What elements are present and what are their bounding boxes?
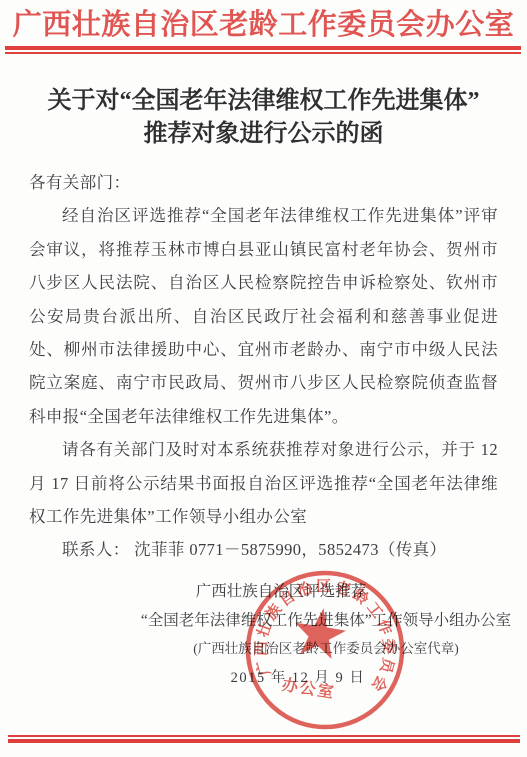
footer-divider [8,735,520,743]
contact-line: 联系人： 沈菲菲 0771－5875990，5852473（传真） [29,533,498,566]
signature-line-1: 广西壮族自治区评选推荐 [82,578,480,607]
title-line-2: 推荐对象进行公示的函 [0,118,527,151]
footer-thick-line [8,739,520,743]
letterhead-divider [5,46,521,54]
signature-block: 广西壮族自治区评选推荐 “全国老年法律维权工作先进集体”工作领导小组办公室 (广… [127,578,525,692]
document-title: 关于对“全国老年法律维权工作先进集体” 推荐对象进行公示的函 [0,85,527,151]
divider-thin-line [5,52,521,54]
signature-line-3: (广西壮族自治区老龄工作委员会办公室代章) [127,635,525,664]
document-body: 各有关部门： 经自治区评选推荐“全国老年法律维权工作先进集体”评审会审议，将推荐… [29,166,498,567]
signature-date: 2015 年 12 月 9 日 [99,664,497,693]
title-line-1: 关于对“全国老年法律维权工作先进集体” [0,85,527,118]
signature-line-2: “全国老年法律维权工作先进集体”工作领导小组办公室 [127,607,525,636]
body-paragraph-1: 经自治区评选推荐“全国老年法律维权工作先进集体”评审会审议，将推荐玉林市博白县亚… [29,199,498,433]
document-page: 广西壮族自治区老龄工作委员会办公室 关于对“全国老年法律维权工作先进集体” 推荐… [0,0,527,757]
salutation: 各有关部门： [29,166,498,199]
body-paragraph-2: 请各有关部门及时对本系统获推荐对象进行公示，并于 12 月 17 日前将公示结果… [29,433,498,533]
letterhead-org-name: 广西壮族自治区老龄工作委员会办公室 [0,0,527,42]
